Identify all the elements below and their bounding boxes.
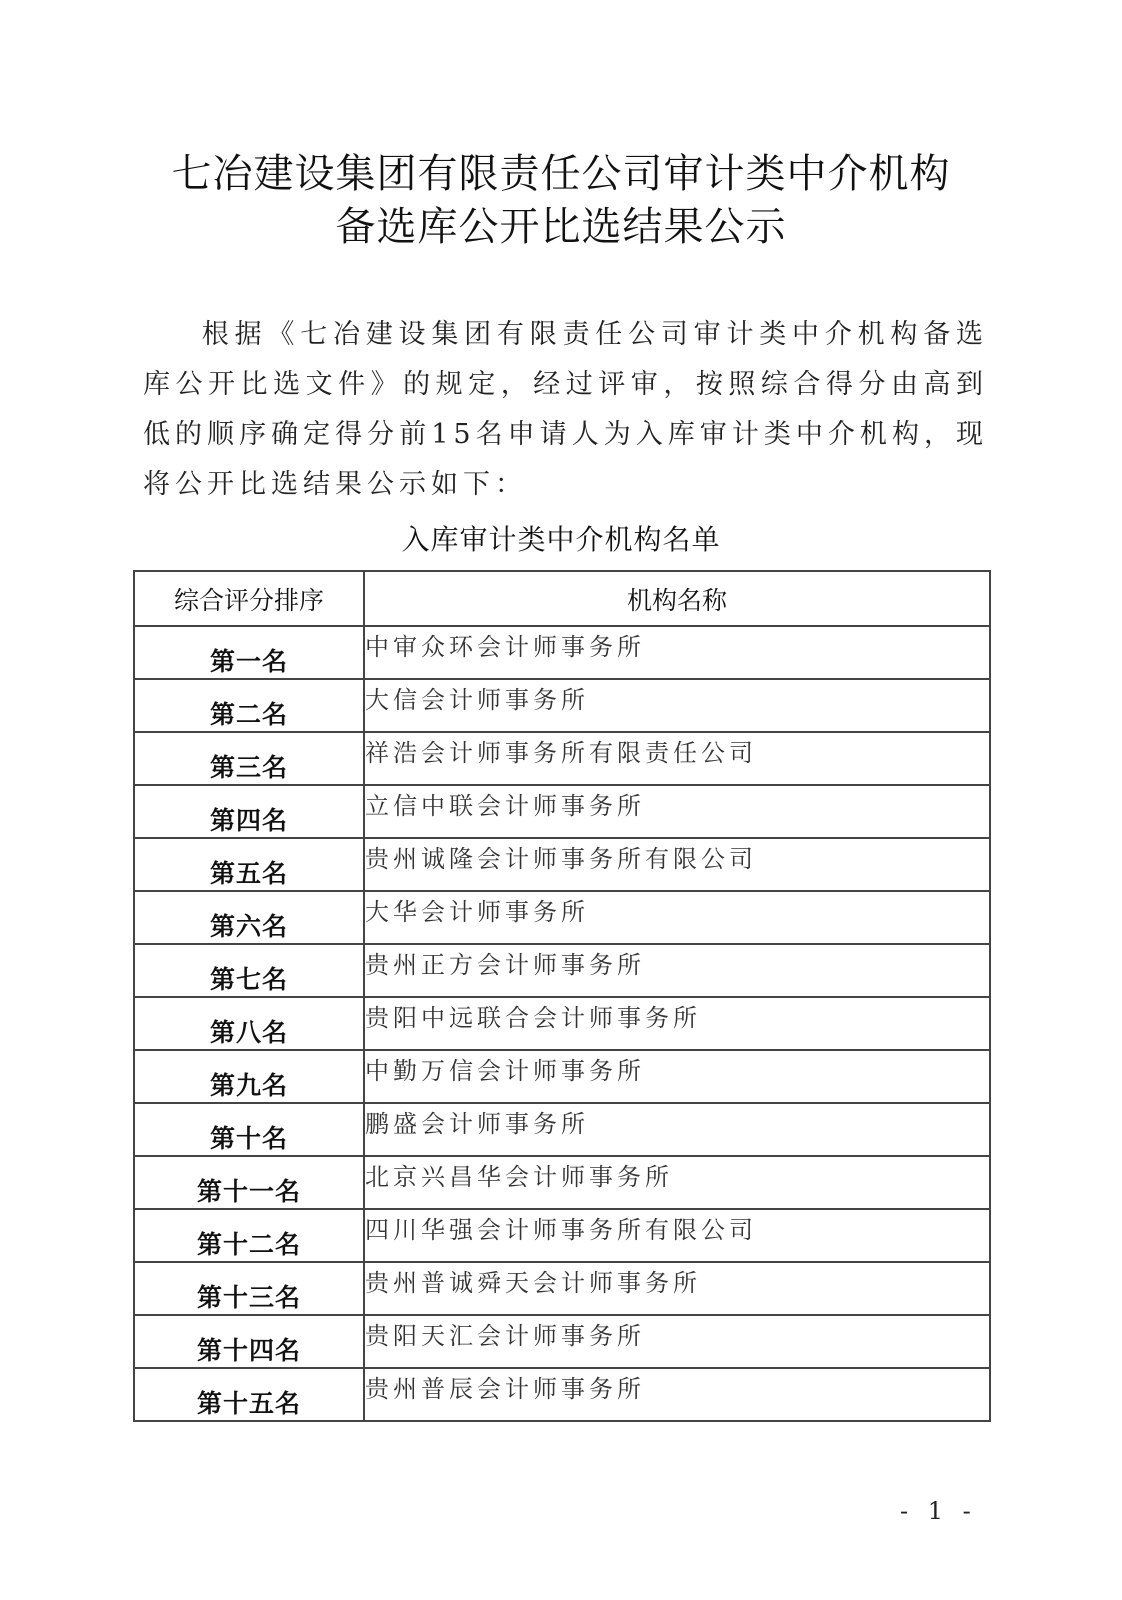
agency-name-cell: 贵州普诚舜天会计师事务所 [364, 1262, 990, 1315]
agency-name-cell: 祥浩会计师事务所有限责任公司 [364, 732, 990, 785]
agency-name-cell: 大信会计师事务所 [364, 679, 990, 732]
table-caption: 入库审计类中介机构名单 [0, 518, 1122, 558]
table-row: 第十二名四川华强会计师事务所有限公司 [134, 1209, 990, 1262]
agency-name-cell: 贵州诚隆会计师事务所有限公司 [364, 838, 990, 891]
rank-cell: 第一名 [134, 626, 364, 679]
table-row: 第十一名北京兴昌华会计师事务所 [134, 1156, 990, 1209]
document-title-line2: 备选库公开比选结果公示 [0, 199, 1122, 255]
rank-cell: 第六名 [134, 891, 364, 944]
body-paragraph-text: 根据《七冶建设集团有限责任公司审计类中介机构备选库公开比选文件》的规定，经过评审… [143, 319, 988, 500]
rank-cell: 第十五名 [134, 1368, 364, 1421]
rank-cell: 第十二名 [134, 1209, 364, 1262]
rank-cell: 第四名 [134, 785, 364, 838]
table-row: 第四名立信中联会计师事务所 [134, 785, 990, 838]
table-row: 第十名鹏盛会计师事务所 [134, 1103, 990, 1156]
table-row: 第十三名贵州普诚舜天会计师事务所 [134, 1262, 990, 1315]
agency-name-cell: 大华会计师事务所 [364, 891, 990, 944]
rank-cell: 第十一名 [134, 1156, 364, 1209]
document-title-line1: 七冶建设集团有限责任公司审计类中介机构 [0, 146, 1122, 202]
agency-name-cell: 北京兴昌华会计师事务所 [364, 1156, 990, 1209]
table-row: 第一名中审众环会计师事务所 [134, 626, 990, 679]
rank-cell: 第十四名 [134, 1315, 364, 1368]
table-row: 第五名贵州诚隆会计师事务所有限公司 [134, 838, 990, 891]
rank-cell: 第八名 [134, 997, 364, 1050]
agency-name-cell: 四川华强会计师事务所有限公司 [364, 1209, 990, 1262]
table-header-row: 综合评分排序 机构名称 [134, 571, 990, 626]
rank-cell: 第二名 [134, 679, 364, 732]
agency-name-cell: 鹏盛会计师事务所 [364, 1103, 990, 1156]
agency-name-cell: 立信中联会计师事务所 [364, 785, 990, 838]
header-agency-name: 机构名称 [364, 571, 990, 626]
rank-cell: 第十三名 [134, 1262, 364, 1315]
agency-name-cell: 贵州普辰会计师事务所 [364, 1368, 990, 1421]
header-rank: 综合评分排序 [134, 571, 364, 626]
table-row: 第七名贵州正方会计师事务所 [134, 944, 990, 997]
rank-cell: 第五名 [134, 838, 364, 891]
table-row: 第十五名贵州普辰会计师事务所 [134, 1368, 990, 1421]
table-row: 第六名大华会计师事务所 [134, 891, 990, 944]
agency-list-table: 综合评分排序 机构名称 第一名中审众环会计师事务所 第二名大信会计师事务所 第三… [133, 570, 991, 1422]
table-row: 第十四名贵阳天汇会计师事务所 [134, 1315, 990, 1368]
agency-name-cell: 贵州正方会计师事务所 [364, 944, 990, 997]
rank-cell: 第九名 [134, 1050, 364, 1103]
table-row: 第九名中勤万信会计师事务所 [134, 1050, 990, 1103]
rank-cell: 第三名 [134, 732, 364, 785]
agency-name-cell: 中审众环会计师事务所 [364, 626, 990, 679]
rank-cell: 第七名 [134, 944, 364, 997]
rank-cell: 第十名 [134, 1103, 364, 1156]
agency-name-cell: 贵阳天汇会计师事务所 [364, 1315, 990, 1368]
agency-name-cell: 贵阳中远联合会计师事务所 [364, 997, 990, 1050]
table-row: 第三名祥浩会计师事务所有限责任公司 [134, 732, 990, 785]
agency-name-cell: 中勤万信会计师事务所 [364, 1050, 990, 1103]
table-row: 第八名贵阳中远联合会计师事务所 [134, 997, 990, 1050]
page-number: - 1 - [900, 1497, 977, 1525]
body-paragraph: 根据《七冶建设集团有限责任公司审计类中介机构备选库公开比选文件》的规定，经过评审… [143, 310, 988, 510]
table-row: 第二名大信会计师事务所 [134, 679, 990, 732]
